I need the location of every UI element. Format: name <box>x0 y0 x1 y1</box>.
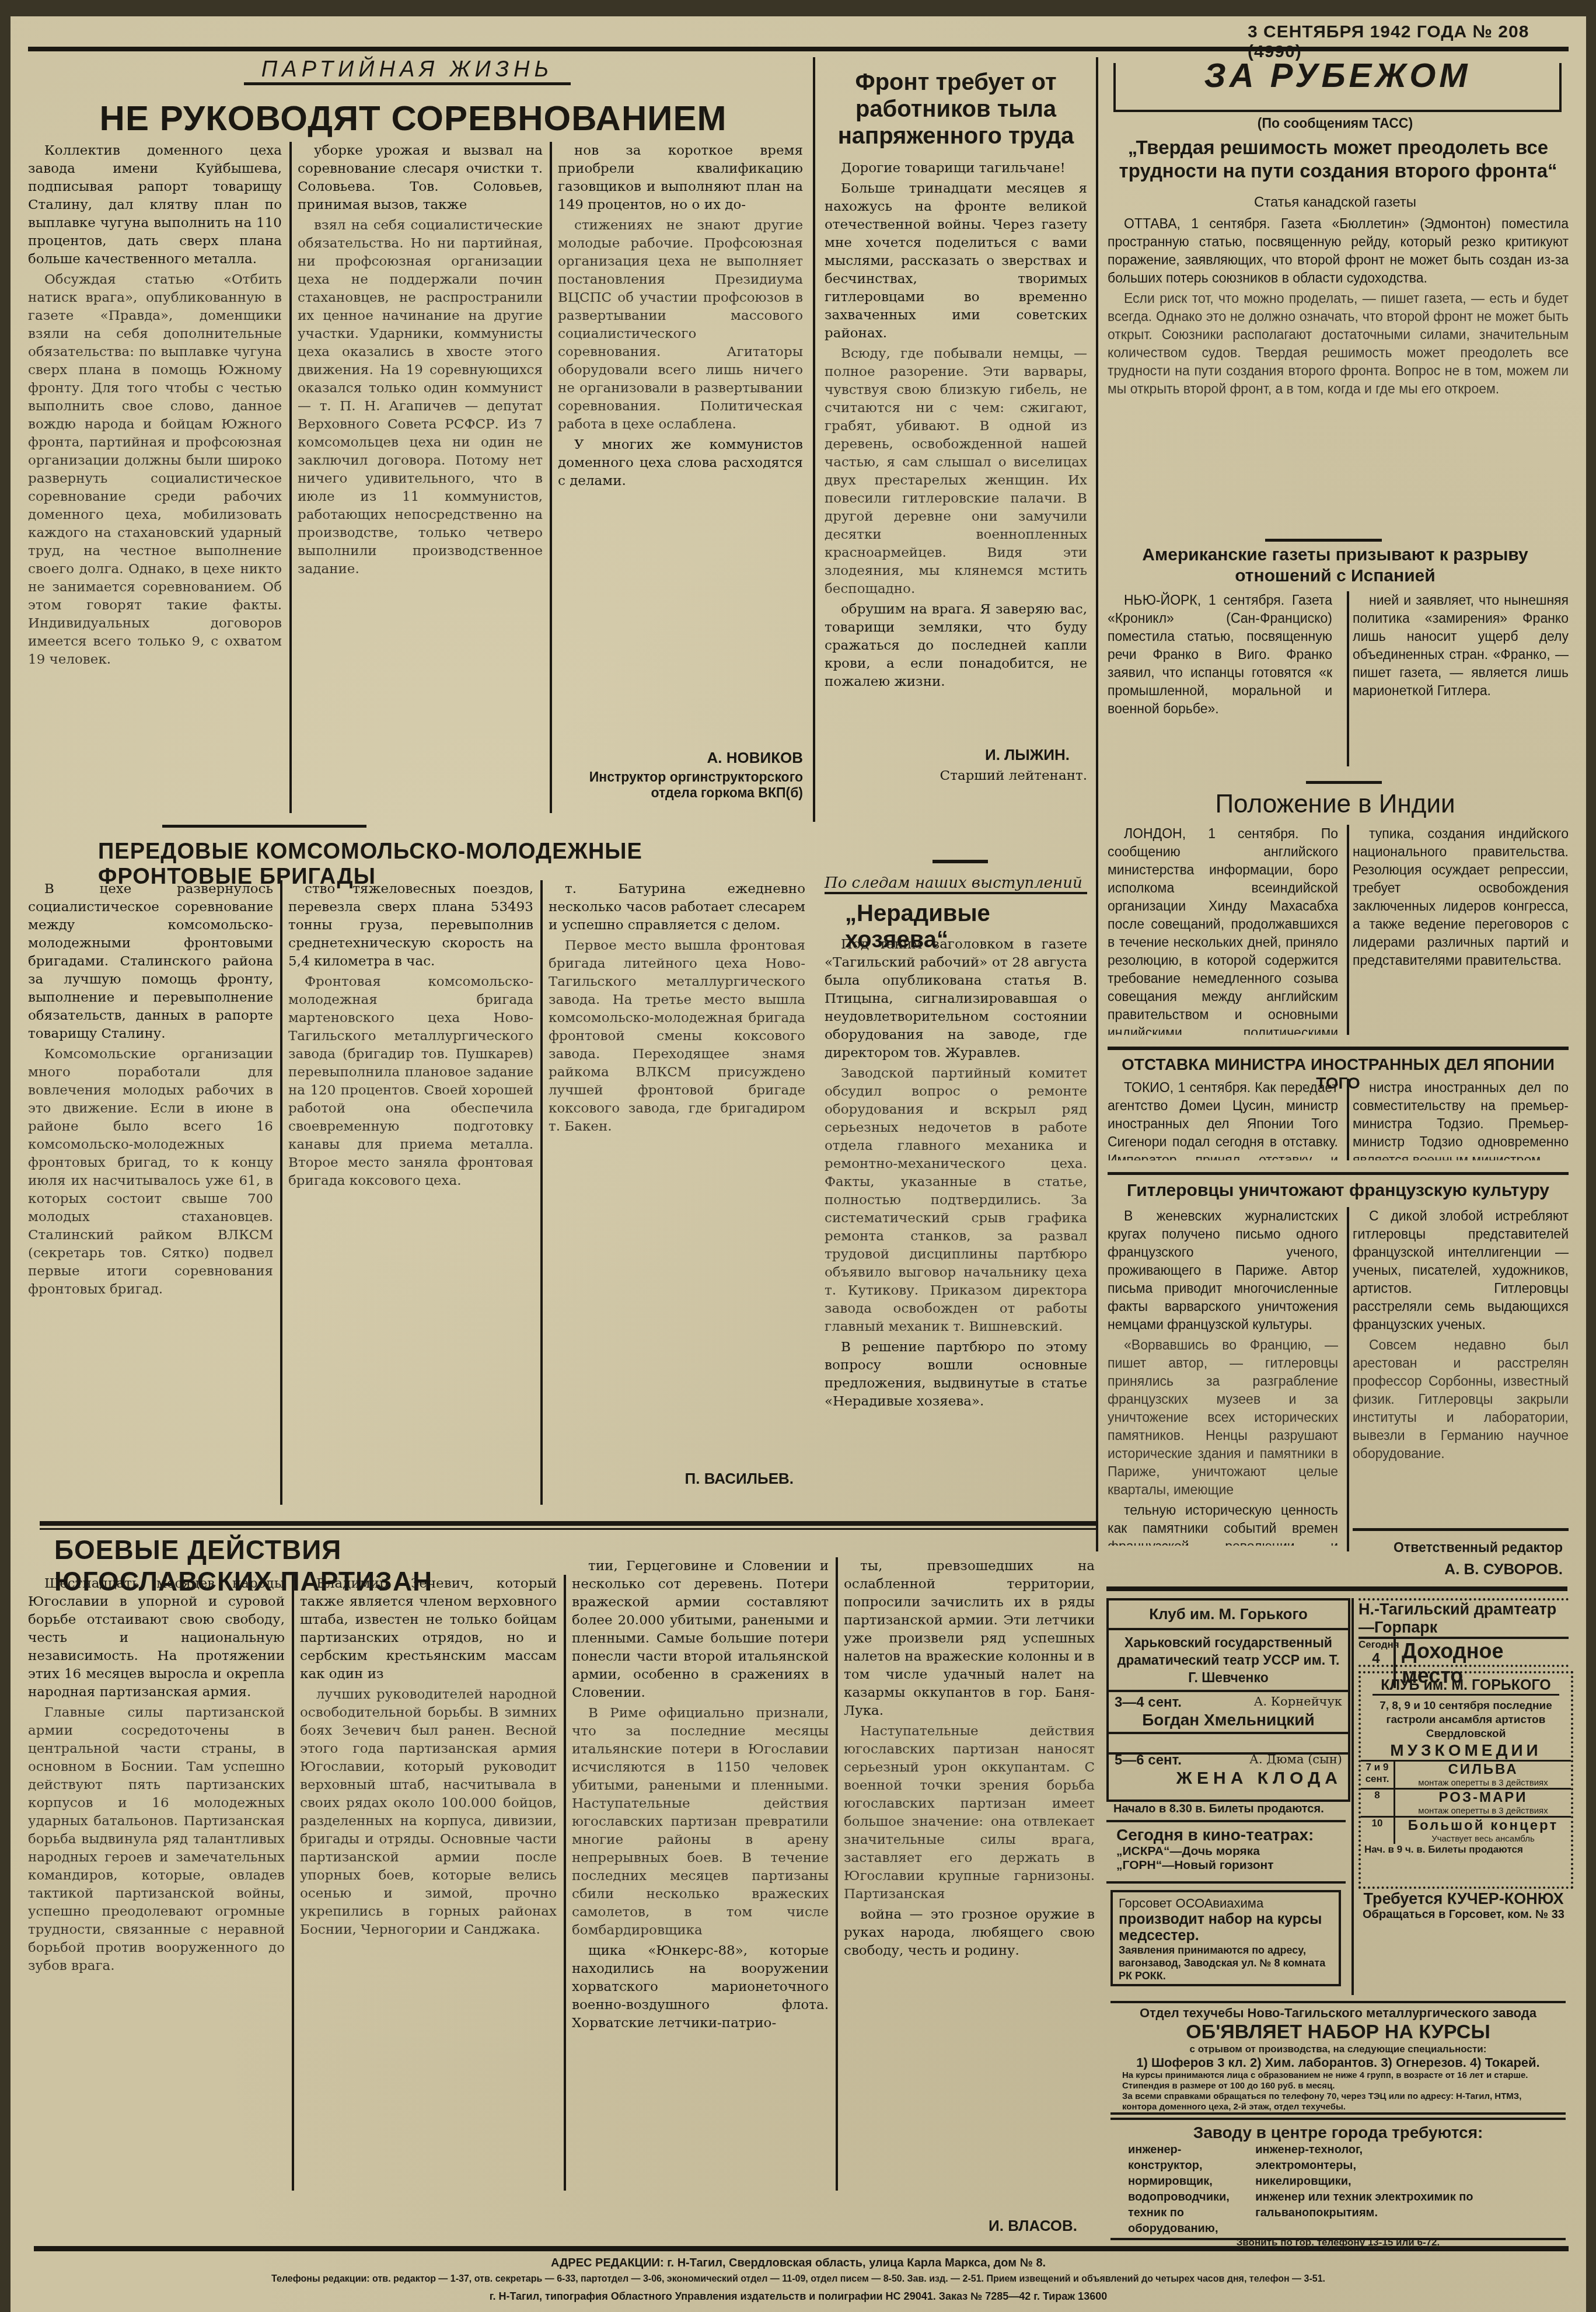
headline-india: Положение в Индии <box>1113 790 1557 819</box>
abroad-banner: ЗА РУБЕЖОМ <box>1113 63 1562 112</box>
second-front-text: ОТТАВА, 1 сентября. Газета «Бюллетин» (Э… <box>1108 215 1569 530</box>
ad-gorky-club: Клуб им. М. Горького Харьковский государ… <box>1106 1598 1350 1755</box>
negligent-text: Под таким заголовком в газете «Тагильски… <box>825 936 1087 1514</box>
job-item: электромонтеры, <box>1255 2158 1548 2174</box>
job-item: нормировщик, <box>1128 2174 1255 2189</box>
job-item: техник по оборудованию, <box>1128 2205 1255 2237</box>
job-item: никелировщики, <box>1255 2174 1548 2189</box>
french-col1: В женевских журналистских кругах получен… <box>1108 1207 1338 1546</box>
schedule-row: 8РОЗ-МАРИмонтаж оперетты в 3 действиях <box>1361 1788 1571 1816</box>
job-item: инженер-технолог, <box>1255 2142 1548 2158</box>
author-novikov: А. НОВИКОВ <box>558 749 803 767</box>
cinema-item: „ИСКРА“—Дочь моряка <box>1116 1844 1344 1858</box>
author-vasiliev: П. ВАСИЛЬЕВ. <box>549 1470 794 1488</box>
india-col1: ЛОНДОН, 1 сентября. По сообщению английс… <box>1108 825 1338 1035</box>
french-col2: С дикой злобой истребляют гитлеровцы пре… <box>1353 1207 1569 1516</box>
headline-french-culture: Гитлеровцы уничтожают французскую культу… <box>1108 1181 1569 1201</box>
ad-muzkomedia: КЛУБ им. М. ГОРЬКОГО 7, 8, 9 и 10 сентяб… <box>1358 1671 1573 1889</box>
job-item: инженер-конструктор, <box>1128 2142 1255 2174</box>
yugoslav-col1: Шестнадцать месяцев народы Югославии в у… <box>28 1575 285 2191</box>
footer-printer: г. Н-Тагил, типография Областного Управл… <box>28 2290 1569 2303</box>
ad-drama-theatre: Н.-Тагильский драмтеатр—Горпарк Сегодня4… <box>1358 1598 1569 1667</box>
india-col2: тупика, создания индийского национальног… <box>1353 825 1569 1035</box>
yugoslav-col2: Владимир Зечевич, который также является… <box>300 1575 557 2191</box>
show-row: 3—4 сент. А. Корнейчук Богдан Хмельницки… <box>1109 1692 1348 1734</box>
japan-col2: нистра иностранных дел по совместительст… <box>1353 1079 1569 1160</box>
rubric-party-life: ПАРТИЙНАЯ ЖИЗНЬ <box>244 57 571 85</box>
gorky-club-title: Клуб им. М. Горького <box>1109 1600 1348 1630</box>
ad-nurse-courses: Горсовет ОСОАвиахима производит набор на… <box>1110 1890 1341 1986</box>
gorky-club-footer: Начало в 8.30 в. Билеты продаются. <box>1113 1802 1347 1816</box>
jobs-list-left: инженер-конструктор,нормировщик,водопров… <box>1128 2142 1255 2237</box>
ad-gorky-club-cont: 5—6 сент. А. Дюма (сын) ЖЕНА КЛОДА <box>1106 1750 1350 1802</box>
party-life-col3: нов за короткое время приобрели квалифик… <box>558 142 803 749</box>
footer-address: АДРЕС РЕДАКЦИИ: г. Н-Тагил, Свердловская… <box>28 2257 1569 2270</box>
japan-col1: ТОКИО, 1 сентября. Как передает агентств… <box>1108 1079 1338 1160</box>
editor-label: Ответственный редактор <box>1353 1540 1563 1556</box>
komsomol-col3: т. Батурина ежедневно несколько часов ра… <box>549 880 805 1464</box>
ad-tech-courses: Отдел техучебы Ново-Тагильского металлур… <box>1110 2001 1566 2115</box>
schedule-row: 10Большой концертУчаствует весь ансамбль <box>1361 1816 1571 1844</box>
tass-source: (По сообщениям ТАСС) <box>1113 116 1557 131</box>
cinema-title: Сегодня в кино-театрах: <box>1116 1826 1344 1844</box>
rubric-abroad: ЗА РУБЕЖОМ <box>1116 56 1559 95</box>
job-item: водопроводчики, <box>1128 2189 1255 2205</box>
headline-spain: Американские газеты призывают к разрыву … <box>1113 545 1557 587</box>
headline-front-letter: Фронт требует от работников тыла напряже… <box>822 69 1090 149</box>
ad-factory-jobs: Заводу в центре города требуются: инжене… <box>1110 2118 1566 2240</box>
spain-col1: НЬЮ-ЙОРК, 1 сентября. Газета «Кроникл» (… <box>1108 591 1332 766</box>
subhead-canadian: Статья канадской газеты <box>1113 194 1557 211</box>
newspaper-page: 3 СЕНТЯБРЯ 1942 ГОДА № 208 (4990) ПАРТИЙ… <box>11 16 1586 2312</box>
party-life-col2: уборке урожая и вызвал на соревнование с… <box>298 142 543 813</box>
drama-theatre-title: Н.-Тагильский драмтеатр—Горпарк <box>1358 1600 1569 1639</box>
front-letter-text: Дорогие товарищи тагильчане!Больше трина… <box>825 159 1087 743</box>
komsomol-col1: В цехе развернулось социалистическое сор… <box>28 880 273 1505</box>
author-lyzhin: И. ЛЫЖИН. <box>825 746 1070 764</box>
rubric-follow-up: По следам наших выступлений <box>825 874 1087 894</box>
jobs-list-right: инженер-технолог,электромонтеры,никелиро… <box>1255 2142 1548 2237</box>
footer-phones: Телефоны редакции: отв. редактор — 1-37,… <box>28 2274 1569 2285</box>
top-rule <box>28 47 1569 51</box>
headline-party-life: НЕ РУКОВОДЯТ СОРЕВНОВАНИЕМ <box>28 98 798 138</box>
yugoslav-col3: тии, Герцеговине и Словении и несколько … <box>572 1557 829 2191</box>
cinema-item: „ГОРН“—Новый горизонт <box>1116 1858 1344 1872</box>
spain-col2: нией и заявляет, что нынешняя политика «… <box>1353 591 1569 766</box>
editor-name: А. В. СУВОРОВ. <box>1353 1560 1563 1578</box>
gorky-theatre-name: Харьковский государственный драматически… <box>1109 1630 1348 1692</box>
author-novikov-title: Инструктор оргинструкторского отдела гор… <box>558 769 803 801</box>
headline-second-front: „Твердая решимость может преодолеть все … <box>1108 136 1569 183</box>
komsomol-col2: ство тяжеловесных поездов, перевезла све… <box>288 880 533 1505</box>
ad-cinema-block: Сегодня в кино-театрах: „ИСКРА“—Дочь мор… <box>1116 1826 1344 1872</box>
schedule-row: 7 и 9 сент.СИЛЬВАмонтаж оперетты в 3 дей… <box>1361 1760 1571 1788</box>
party-life-col1: Коллектив доменного цеха завода имени Ку… <box>28 142 282 813</box>
author-lyzhin-title: Старший лейтенант. <box>825 768 1087 783</box>
muz-schedule: 7 и 9 сент.СИЛЬВАмонтаж оперетты в 3 дей… <box>1361 1760 1571 1844</box>
yugoslav-col4: ты, превзошедших на ослабленной территор… <box>844 1557 1095 2158</box>
author-vlasov: И. ВЛАСОВ. <box>844 2217 1077 2235</box>
job-item: инженер или техник электрохимик по гальв… <box>1255 2189 1548 2221</box>
ad-coachman: Требуется КУЧЕР-КОНЮХ Обращаться в Горсо… <box>1358 1890 1569 1922</box>
show-row: 5—6 сент. А. Дюма (сын) ЖЕНА КЛОДА <box>1109 1750 1348 1791</box>
